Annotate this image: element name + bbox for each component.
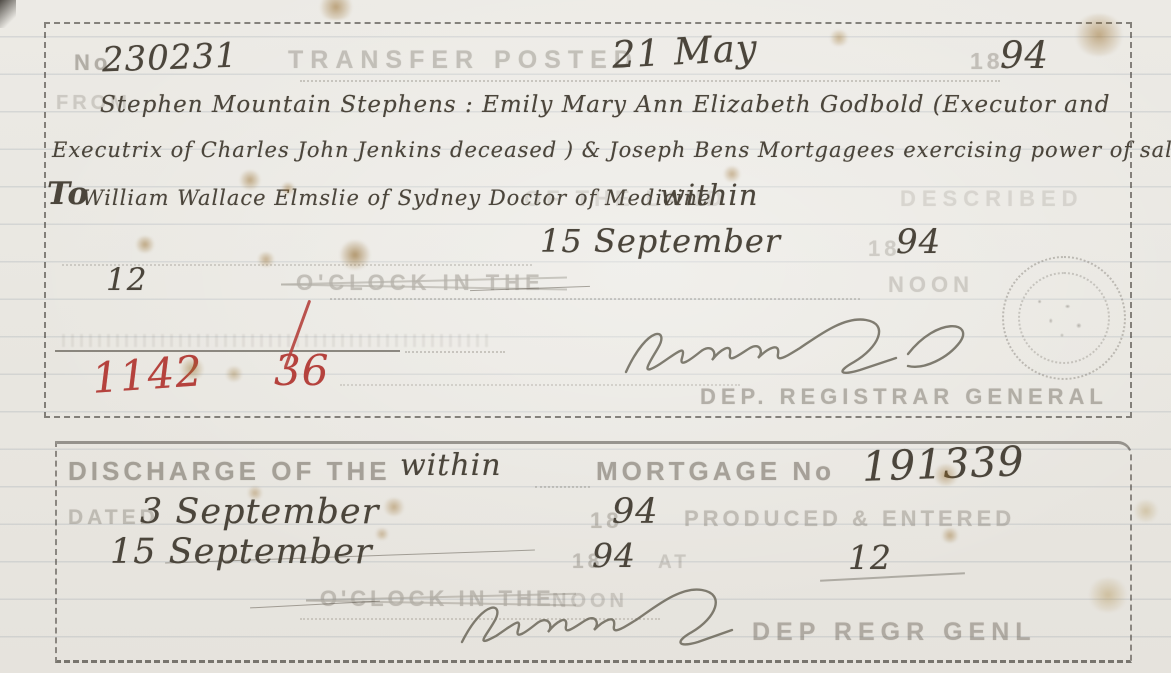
stain <box>178 358 206 380</box>
stain <box>316 0 356 20</box>
produced-stamp: PRODUCED & ENTERED <box>684 506 1015 532</box>
registrar-round-seal <box>1002 256 1126 380</box>
transfer-oclock-stamp: O'CLOCK IN THE <box>296 270 545 296</box>
discharge-stamp: DISCHARGE OF THE <box>68 456 391 487</box>
ruled-pen-line <box>55 350 400 352</box>
stain <box>238 170 262 190</box>
stain <box>374 528 390 540</box>
folio-number: 36 <box>274 346 329 395</box>
dated-year: 94 <box>612 492 659 532</box>
dotted-rule <box>330 298 860 300</box>
transfer-registrar-stamp: DEP. REGISTRAR GENERAL <box>700 384 1108 410</box>
discharge-hour: 12 <box>848 538 892 577</box>
registrar-signature <box>608 314 1018 386</box>
stain <box>1132 500 1160 522</box>
stain <box>1072 14 1126 56</box>
dotted-rule <box>405 351 505 353</box>
transfer-registered-year: 94 <box>896 222 941 262</box>
transfer-posted-stamp: TRANSFER POSTED <box>288 46 639 75</box>
stain <box>722 166 742 182</box>
stain <box>382 498 406 516</box>
stain <box>246 486 264 500</box>
transfer-noon-stamp: NOON <box>888 272 974 298</box>
at-stamp: AT <box>658 552 690 574</box>
transfer-date: 21 May <box>611 26 759 77</box>
page-corner-mark <box>0 0 16 28</box>
discharge-registered-year: 94 <box>592 536 636 575</box>
grantors-line2: Executrix of Charles John Jenkins deceas… <box>52 138 1171 162</box>
stain <box>256 252 276 267</box>
stain <box>134 236 156 253</box>
transfer-number: 230231 <box>101 36 238 81</box>
transfer-within: within <box>660 178 758 212</box>
mortgage-stamp: MORTGAGE No <box>596 456 835 487</box>
transfer-registered-date: 15 September <box>540 222 781 260</box>
stain <box>224 366 244 382</box>
hour-underline-flourish <box>820 572 965 582</box>
discharge-registered-date: 15 September <box>110 532 373 572</box>
stain <box>280 182 296 195</box>
deed-register-page: No 230231 TRANSFER POSTED 21 May 18 94 F… <box>0 0 1171 673</box>
stain <box>828 30 850 46</box>
discharge-registrar-stamp: DEP REGR GENL <box>752 618 1037 647</box>
described-stamp: DESCRIBED <box>900 186 1084 212</box>
dotted-rule <box>340 384 740 386</box>
stain <box>338 240 372 270</box>
grantors-line1: Stephen Mountain Stephens : Emily Mary A… <box>100 92 1110 118</box>
transfer-century-stamp: 18 <box>970 48 1004 75</box>
stain <box>1086 578 1130 612</box>
discharge-within: within <box>400 448 502 483</box>
transfer-hour: 12 <box>106 262 147 298</box>
stain <box>932 464 960 486</box>
stain <box>940 528 960 543</box>
transfer-year: 94 <box>1000 34 1049 77</box>
dotted-rule <box>300 80 1000 82</box>
dotted-rule <box>535 486 590 488</box>
